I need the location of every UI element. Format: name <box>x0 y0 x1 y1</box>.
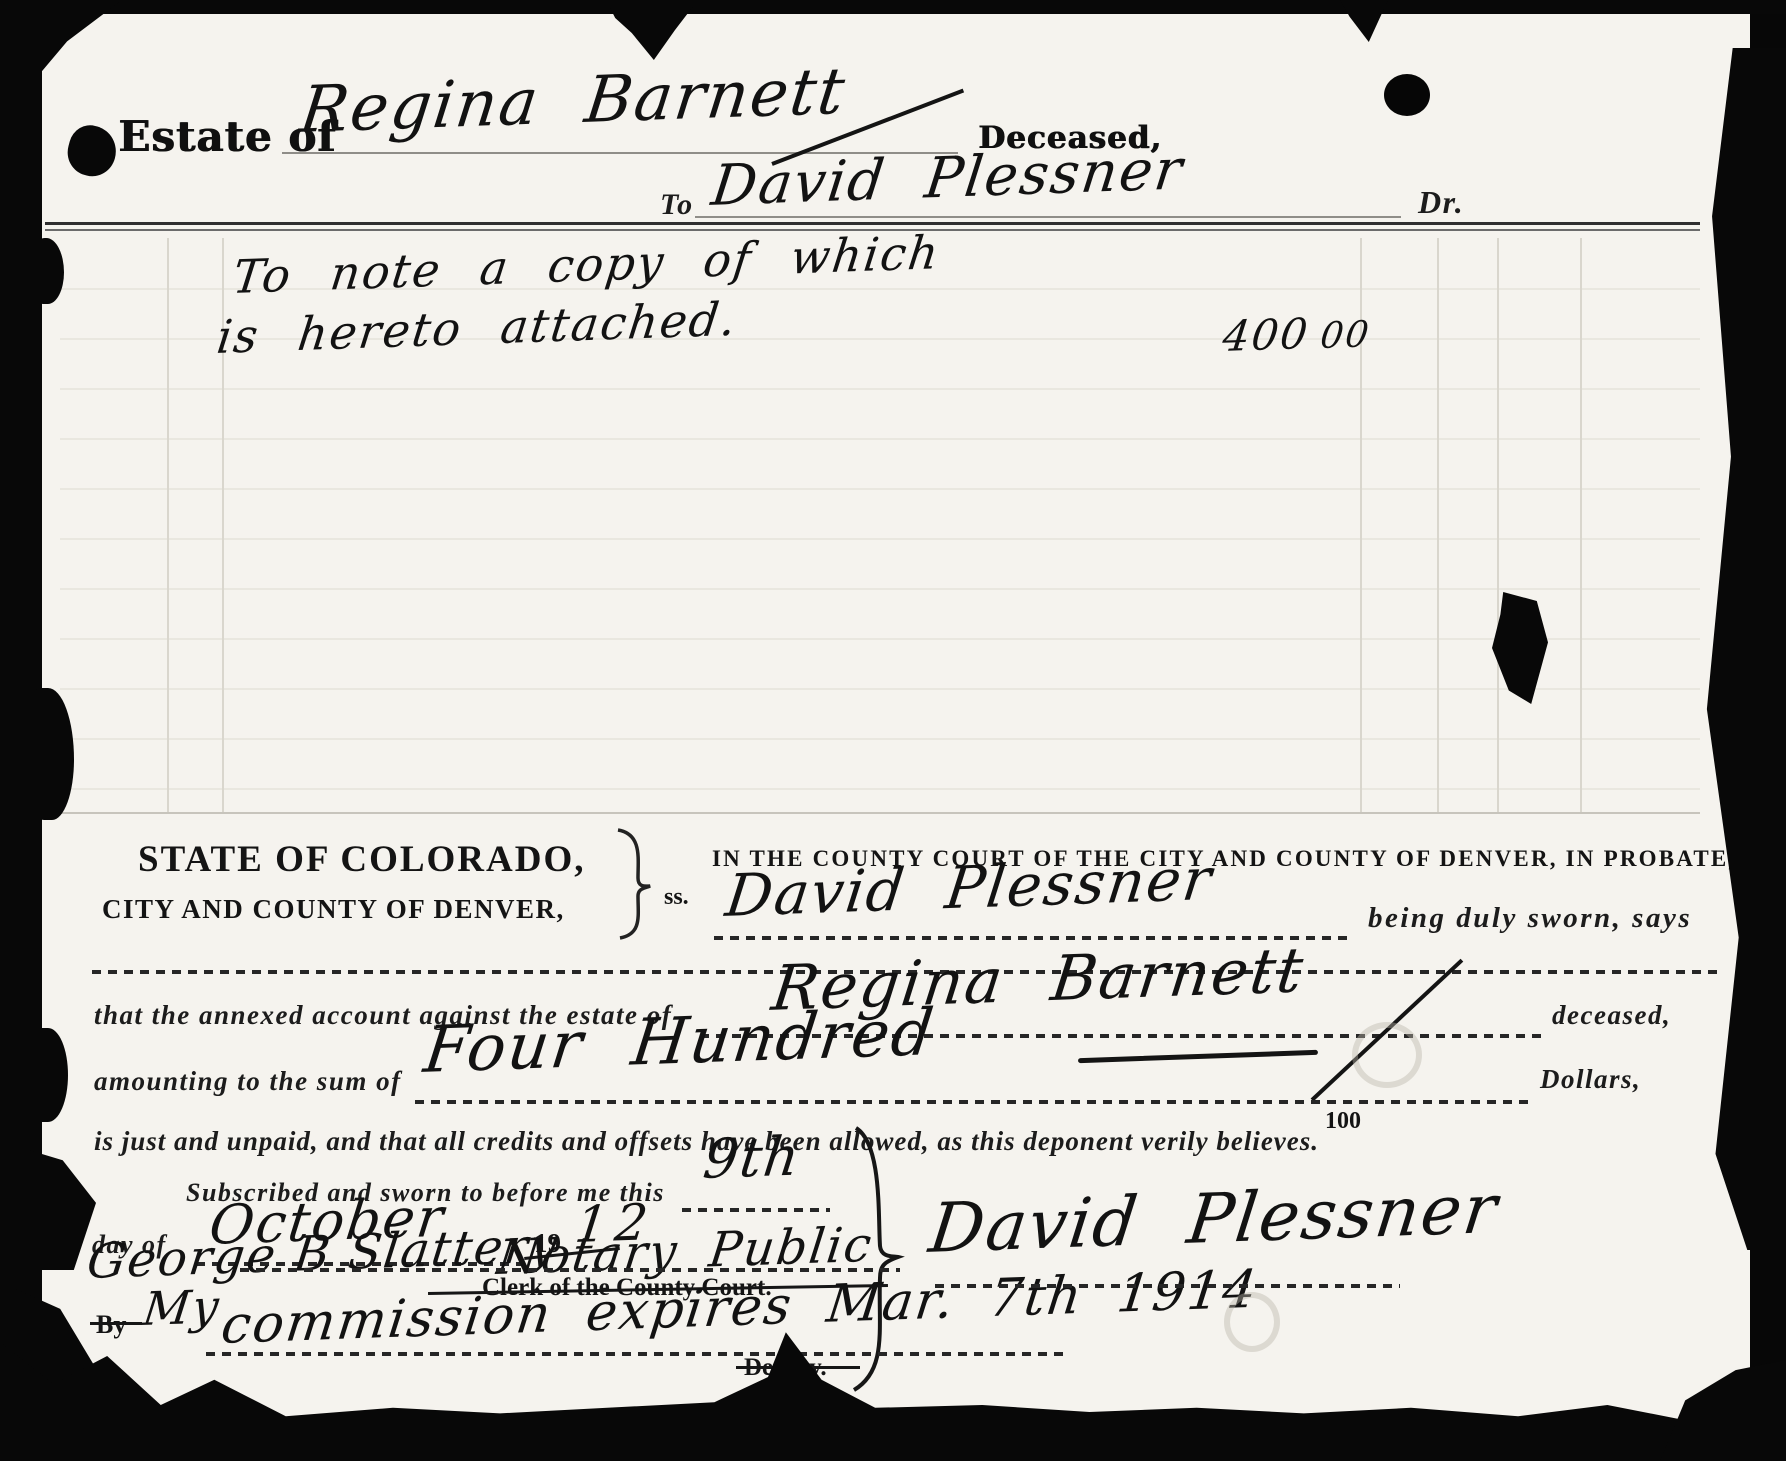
county-line: CITY AND COUNTY OF DENVER, <box>102 894 565 925</box>
venue-brace <box>612 828 658 940</box>
to-label: To <box>660 188 694 222</box>
commission-leader <box>206 1352 1066 1356</box>
day-leader <box>682 1208 830 1212</box>
scan-edge-left-blob <box>28 1028 68 1122</box>
header-rule-top <box>45 222 1700 225</box>
signature-leader <box>935 1284 1400 1288</box>
scan-edge-top <box>0 0 1786 14</box>
scanned-probate-claim-document: Estate of Regina Barnett Deceased, To Da… <box>0 0 1786 1461</box>
hole-punch <box>1384 74 1430 116</box>
seal-ghost-ring <box>1352 1022 1422 1088</box>
ledger-amount-cents: 00 <box>1318 314 1373 357</box>
scan-edge-left-blob <box>30 238 64 304</box>
seal-ghost-ring <box>1224 1292 1280 1352</box>
sworn-suffix: being duly sworn, says <box>1368 902 1692 935</box>
by-strike-line <box>90 1322 142 1325</box>
creditor-underline <box>695 216 1401 218</box>
dr-label: Dr. <box>1418 184 1464 221</box>
notary-leader <box>240 1268 900 1272</box>
by-struck-label: By <box>96 1310 126 1340</box>
clause-sum-prefix: amounting to the sum of <box>94 1066 402 1097</box>
clause-estate-suffix: deceased, <box>1552 1000 1671 1031</box>
day-handwritten: 9th <box>700 1124 805 1191</box>
state-line: STATE OF COLORADO, <box>138 838 586 881</box>
ledger-column-line <box>1437 238 1439 812</box>
ledger-amount-dollars: 400 <box>1220 309 1312 361</box>
cents-fraction: 100 <box>1325 1108 1361 1135</box>
ledger-column-line <box>1497 238 1499 812</box>
ledger-column-line <box>1580 238 1582 812</box>
ss-label: ss. <box>664 884 689 911</box>
clause-sum-suffix: Dollars, <box>1540 1064 1641 1095</box>
clause-sum-leader <box>415 1100 1535 1104</box>
ledger-bottom-rule <box>45 812 1700 814</box>
ledger-column-line <box>167 238 169 812</box>
my-handwritten: My <box>140 1279 224 1336</box>
